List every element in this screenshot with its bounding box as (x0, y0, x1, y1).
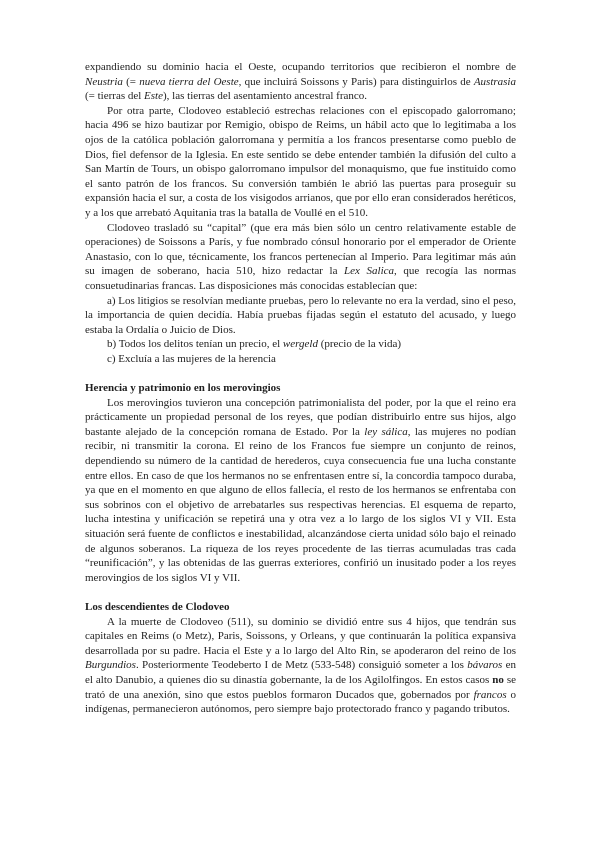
text-segment: (= tierras del (85, 90, 144, 102)
paragraph-expansion-oeste: expandiendo su dominio hacia el Oeste, o… (85, 60, 516, 104)
document-page: expandiendo su dominio hacia el Oeste, o… (0, 0, 599, 848)
text-segment: (= (123, 76, 139, 88)
section-heading-herencia: Herencia y patrimonio en los merovingios (85, 381, 516, 396)
text-segment: nueva tierra del Oeste, (139, 76, 241, 88)
text-segment: expandiendo su dominio hacia el Oeste, o… (85, 61, 516, 73)
paragraph-episcopado-galorromano: Por otra parte, Clodoveo estableció estr… (85, 104, 516, 221)
text-segment: francos (474, 689, 507, 701)
paragraph-capital-paris: Clodoveo trasladó su “capital” (que era … (85, 221, 516, 294)
text-segment: A la muerte de Clodoveo (511), su domini… (85, 616, 516, 657)
list-item-a: a) Los litigios se resolvían mediante pr… (85, 294, 516, 338)
text-segment: Lex Salica (344, 265, 394, 277)
text-segment: Burgundios (85, 659, 136, 671)
text-segment: . Posteriormente Teodeberto I de Metz (5… (136, 659, 467, 671)
text-segment: Por otra parte, Clodoveo estableció estr… (85, 105, 516, 219)
text-segment: Este (144, 90, 163, 102)
list-item-c: c) Excluía a las mujeres de la herencia (85, 352, 516, 367)
paragraph-descendientes-clodoveo: A la muerte de Clodoveo (511), su domini… (85, 615, 516, 717)
text-segment: b) Todos los delitos tenían un precio, e… (107, 338, 283, 350)
text-segment: c) Excluía a las mujeres de la herencia (107, 353, 276, 365)
text-segment: (precio de la vida) (318, 338, 401, 350)
text-segment: no (492, 674, 504, 686)
document-text-block: expandiendo su dominio hacia el Oeste, o… (85, 60, 516, 717)
text-segment: ley sálica (364, 426, 407, 438)
list-item-b: b) Todos los delitos tenían un precio, e… (85, 337, 516, 352)
section-heading-descendientes: Los descendientes de Clodoveo (85, 600, 516, 615)
text-segment: Austrasia (474, 76, 516, 88)
text-segment: ), las tierras del asentamiento ancestra… (163, 90, 367, 102)
text-segment: bávaros (467, 659, 502, 671)
text-segment: a) Los litigios se resolvían mediante pr… (85, 295, 516, 336)
text-segment: wergeld (283, 338, 318, 350)
text-segment: Neustria (85, 76, 123, 88)
text-segment: , las mujeres no podían recibir, ni tran… (85, 426, 516, 584)
paragraph-herencia-merovingios: Los merovingios tuvieron una concepción … (85, 396, 516, 586)
text-segment: que incluirá Soissons y Paris) para dist… (241, 76, 473, 88)
